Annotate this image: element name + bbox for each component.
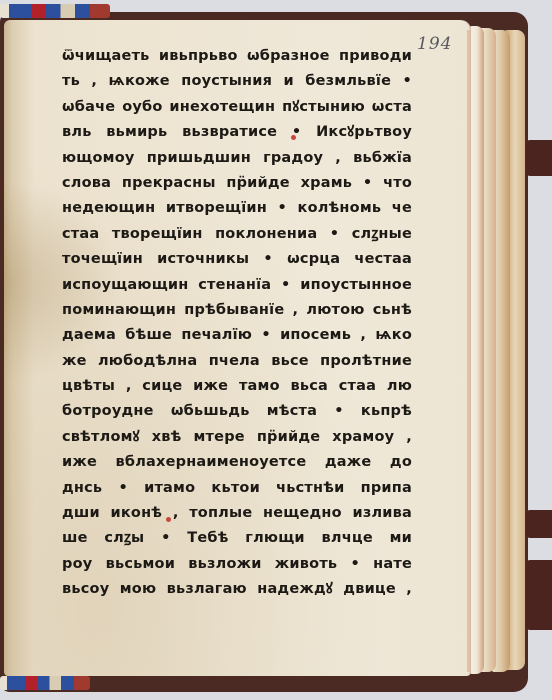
clasp-strap-middle (526, 510, 552, 538)
text-line: точещїин источникы • ѡсрца честаа (62, 247, 412, 272)
page-edge (470, 26, 484, 674)
text-line: ботроудне ѡбьшьдь мѣста • кьпрѣ (62, 399, 412, 424)
clasp-strap-bottom (526, 560, 552, 630)
text-line: поминающин прѣбыванїе , лютою сьнѣ (62, 298, 412, 323)
rubric-mark (166, 517, 171, 522)
text-line: вль вьмирь вьзвратисе • Иксꙋрьтвоу (62, 120, 412, 145)
text-line: ѿчищаеть ивьпрьво ѡбразное приводи (62, 44, 412, 69)
text-line: стаа творещїин поклонениа • слꙁные (62, 222, 412, 247)
text-line: недеющин итворещїин • колѣномь че (62, 196, 412, 221)
text-line: ѡбаче оубо инехотещин пꙋстынию ѡста (62, 95, 412, 120)
text-line: же любодѣлна пчела вьсе пролѣтние (62, 349, 412, 374)
rubric-mark (291, 135, 296, 140)
text-block: ѿчищаеть ивьпрьво ѡбразное приводи ть , … (62, 44, 412, 603)
headband-top (0, 4, 110, 18)
clasp-strap-top (526, 140, 552, 176)
text-line: дши иконѣ , топлые нещедно излива (62, 501, 412, 526)
text-line: вьсоу мою вьзлагаю надеждꙋ двице , (62, 577, 412, 602)
headband-bottom (0, 676, 90, 690)
text-line: ющомоу пришьдшин градоу , вьбжїа (62, 146, 412, 171)
text-line: днсь • итамо кьтои чьстнѣи припа (62, 476, 412, 501)
text-line: ть , ѩкоже поустыния и безмльвїе • (62, 69, 412, 94)
text-line: слова прекрасны пр̈ийде храмь • что (62, 171, 412, 196)
text-line: иже вблахернаименоуетсе даже до (62, 450, 412, 475)
text-line: роу вьсьмои вьзложи животь • нате (62, 552, 412, 577)
text-line: испоущающин стенанїа • ипоустынное (62, 273, 412, 298)
folio-number: 194 (417, 34, 452, 54)
text-line: цвѣты , сице иже тамо вьса стаа лю (62, 374, 412, 399)
text-line: свѣтломꙋ хвѣ мтере пр̈ийде храмоу , (62, 425, 412, 450)
text-line: ше слꙁы • Тебѣ глющи влчце ми (62, 526, 412, 551)
text-line: даема бѣше печалїю • ипосемь , ѩко (62, 323, 412, 348)
book-photograph: 194 ѿчищаеть ивьпрьво ѡбразное приводи т… (0, 0, 552, 700)
